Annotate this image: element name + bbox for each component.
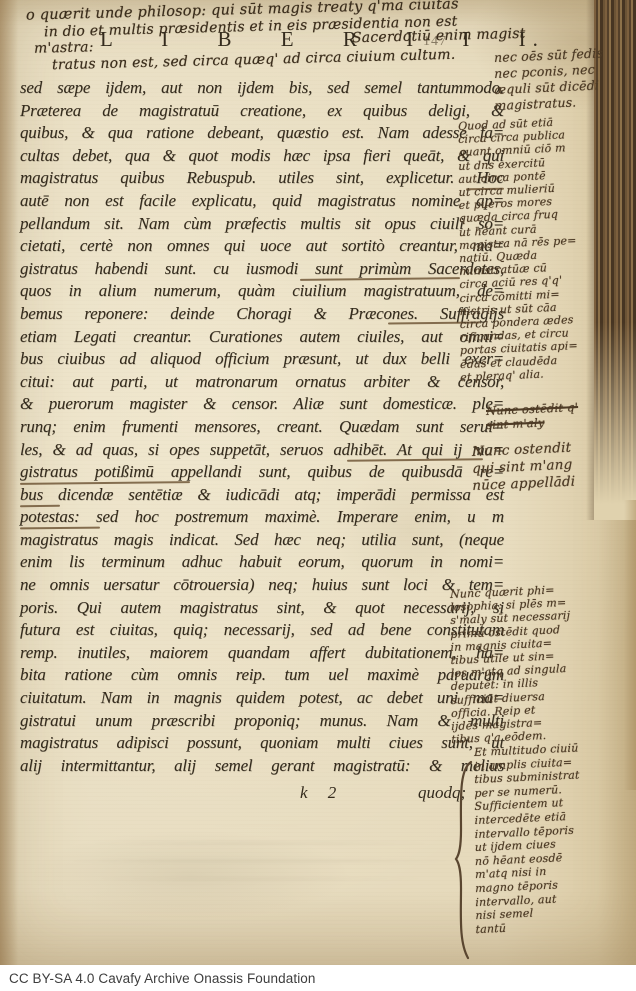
scanned-book-page: o quærit unde philosop: qui sūt magis tr… (0, 0, 636, 991)
signature-line: k 2 quodq; (20, 782, 504, 804)
margin-note: Nunc quærit phi=losophia: si plēs m=s'ma… (450, 583, 571, 747)
margin-note-crossed-out: Nunc ostēdit q'sint m'aly (486, 400, 578, 432)
margin-note: Nunc ostenditqui sint m'angnūce appellād… (472, 440, 575, 496)
margin-note: Quod ad sūt etiācirca circa publicaquant… (458, 115, 578, 384)
annotation-brace (452, 760, 474, 960)
printed-text-block: sed sæpe ijdem, aut non ijdem bis, sed s… (20, 77, 504, 777)
license-caption-text: CC BY-SA 4.0 Cavafy Archive Onassis Foun… (9, 971, 316, 986)
ink-underline (20, 505, 60, 507)
license-caption-bar: CC BY-SA 4.0 Cavafy Archive Onassis Foun… (0, 965, 636, 991)
page-number: 147 (423, 34, 447, 50)
top-annotation-line: m'astra: (34, 39, 94, 57)
margin-note: Et multitudo ciuiūin amplis ciuita=tibus… (474, 741, 581, 936)
verso-showthrough (60, 822, 460, 898)
book-fore-edge-tail (624, 500, 636, 790)
page-left-edge-shadow (0, 0, 18, 965)
margin-note: nec oēs sūt fedisnec pconis, necæquli sū… (494, 45, 604, 114)
gathering-signature: k 2 (300, 782, 344, 804)
chapter-heading: L I B E R I I I. (100, 26, 400, 52)
